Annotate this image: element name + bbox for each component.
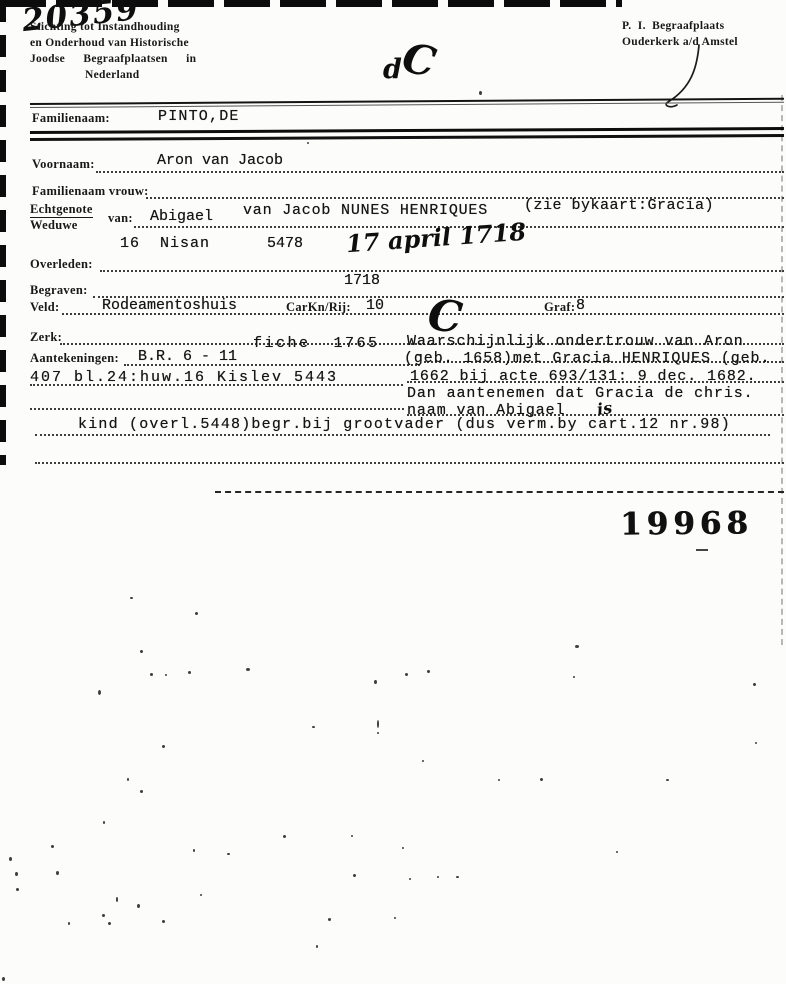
scan-speck xyxy=(15,872,18,876)
scan-speck xyxy=(616,851,618,853)
org-line-1: Stichting tot Instandhouding xyxy=(30,21,215,33)
org-line-4: Nederland xyxy=(85,69,215,81)
dashed-rule-bottom xyxy=(215,491,784,493)
scan-speck xyxy=(575,645,579,648)
overleden-label: Overleden: xyxy=(30,257,93,272)
carkn-rij-value: 10 xyxy=(366,297,384,314)
familienaam-value: PINTO,DE xyxy=(158,108,240,125)
scan-speck xyxy=(437,876,439,878)
scan-speck xyxy=(103,821,105,824)
stamp-underscore-mark xyxy=(696,549,708,551)
cemetery-block: P. I. Begraafplaats Ouderkerk a/d Amstel xyxy=(622,20,738,48)
scan-speck xyxy=(2,977,5,981)
scan-speck xyxy=(137,904,140,908)
aantekeningen-value: B.R. 6 - 11 xyxy=(138,348,237,365)
scan-edge-right xyxy=(781,95,785,645)
overleden-gregorian-value: 1718 xyxy=(344,272,380,289)
echtgenote-value-2: van Jacob NUNES HENRIQUES xyxy=(243,202,488,219)
scan-speck xyxy=(162,920,165,923)
overleden-year-value: 5478 xyxy=(267,235,303,252)
scan-speck xyxy=(328,918,331,921)
scan-speck xyxy=(116,897,118,902)
scan-speck xyxy=(666,779,669,781)
van-label: van: xyxy=(108,211,133,226)
scan-edge-left xyxy=(0,0,6,465)
scan-speck xyxy=(68,922,70,925)
rule-below-familienaam xyxy=(30,127,784,141)
zerk-label: Zerk: xyxy=(30,330,62,345)
scan-speck xyxy=(405,673,408,676)
scan-speck xyxy=(456,876,459,878)
note-line-3: 1662 bij acte 693/131: 9 dec. 1682. xyxy=(410,368,757,385)
echtgenote-value: Abigael xyxy=(150,208,213,225)
dotted-line-overleden xyxy=(100,270,784,272)
fiche-value: fiche 1765 xyxy=(253,335,380,352)
scan-speck xyxy=(351,835,353,837)
graf-label: Graf: xyxy=(544,300,575,315)
scan-speck xyxy=(283,835,286,838)
scan-speck xyxy=(193,849,195,852)
scan-speck xyxy=(422,760,424,762)
dotted-line-aantekeningen-3 xyxy=(30,408,404,410)
scan-speck xyxy=(402,847,404,849)
aantekeningen-line-3: kind (overl.5448)begr.bij grootvader (du… xyxy=(78,416,731,433)
echtgenote-note: (zie bykaart:Gracia) xyxy=(524,197,714,214)
familienaam-vrouw-label: Familienaam vrouw: xyxy=(32,184,149,199)
scan-speck xyxy=(377,720,379,728)
org-line-2: en Onderhoud van Historische xyxy=(30,37,215,49)
dotted-line-bottom-1 xyxy=(35,434,770,436)
scan-speck xyxy=(316,945,318,948)
dotted-line-bottom-2 xyxy=(35,462,784,464)
dotted-line-voornaam xyxy=(96,171,784,173)
scan-speck xyxy=(227,853,230,855)
handwritten-dc-mark: dC xyxy=(383,40,435,88)
dotted-line-aantekeningen-2 xyxy=(30,384,403,386)
scan-speck xyxy=(479,91,482,95)
note-line-5: naam van Abigael xyxy=(407,402,565,419)
scan-speck xyxy=(394,917,396,919)
stamp-number: 19968 xyxy=(620,505,753,542)
scan-speck xyxy=(246,668,250,671)
echtgenote-label: Echtgenote xyxy=(30,202,93,218)
scan-speck xyxy=(98,690,101,695)
veld-value: Rodeamentoshuis xyxy=(102,297,237,314)
overleden-day-value: 16 Nisan xyxy=(120,235,210,252)
scan-speck xyxy=(353,874,356,877)
weduwe-label: Weduwe xyxy=(30,218,78,233)
organization-block: Stichting tot Instandhouding en Onderhou… xyxy=(30,21,215,81)
scan-speck xyxy=(140,650,143,653)
carkn-rij-label: CarKn/Rij: xyxy=(286,300,351,315)
scan-speck xyxy=(200,894,202,896)
scan-speck xyxy=(102,914,105,917)
scan-speck xyxy=(130,597,133,599)
scan-speck xyxy=(753,683,756,686)
note-line-4: Dan aantenemen dat Gracia de chris. xyxy=(407,385,754,402)
scan-speck xyxy=(498,779,500,781)
scan-speck xyxy=(374,680,377,684)
scan-speck xyxy=(755,742,757,744)
document-page: 20359 Stichting tot Instandhouding en On… xyxy=(0,0,786,984)
handwritten-c-loop: C xyxy=(398,33,440,87)
scan-speck xyxy=(409,878,411,880)
scan-speck xyxy=(140,790,143,793)
scan-speck xyxy=(427,670,430,673)
rule-above-familienaam xyxy=(30,98,784,108)
voornaam-label: Voornaam: xyxy=(32,157,95,172)
note-line-1: Waarschijnlijk ondertrouw van Aron xyxy=(407,333,744,350)
scan-speck xyxy=(9,857,12,861)
note-line-2: (geb. 1658)met Gracia HENRIQUES (geb. xyxy=(404,350,770,367)
cemetery-line-2: Ouderkerk a/d Amstel xyxy=(622,36,738,48)
cemetery-line-1: P. I. Begraafplaats xyxy=(622,20,738,32)
familienaam-label: Familienaam: xyxy=(32,111,110,126)
org-line-3: Joodse Begraafplaatsen in xyxy=(30,53,215,65)
scan-speck xyxy=(195,612,198,615)
scan-speck xyxy=(188,671,191,674)
note-handwritten-is: is xyxy=(596,398,614,419)
veld-label: Veld: xyxy=(30,300,60,315)
scan-speck xyxy=(307,142,309,144)
scan-speck xyxy=(162,745,165,748)
dotted-line-aantekeningen xyxy=(124,364,420,366)
overleden-handwritten-date: 17 april 1718 xyxy=(345,217,527,258)
aantekeningen-label: Aantekeningen: xyxy=(30,351,119,366)
scan-speck xyxy=(165,674,167,676)
graf-value: 8 xyxy=(576,297,585,314)
scan-speck xyxy=(127,778,129,781)
scan-speck xyxy=(108,922,111,925)
scan-speck xyxy=(540,778,543,781)
scan-speck xyxy=(16,888,19,891)
voornaam-value: Aron van Jacob xyxy=(157,152,283,169)
scan-speck xyxy=(573,676,575,678)
scan-speck xyxy=(312,726,315,728)
scan-speck xyxy=(377,732,379,734)
scan-speck xyxy=(56,871,59,875)
begraven-label: Begraven: xyxy=(30,283,88,298)
scan-speck xyxy=(51,845,54,848)
scan-speck xyxy=(150,673,153,676)
